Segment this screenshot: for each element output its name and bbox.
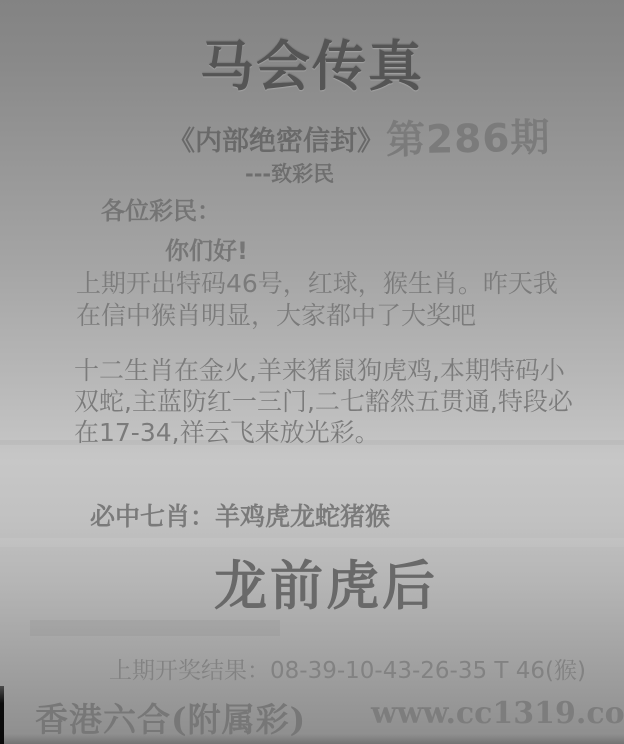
seven-zodiac-line: 必中七肖：羊鸡虎龙蛇猪猴	[90, 497, 390, 533]
page-title: 马会传真	[0, 36, 624, 96]
website-url: www.cc1319.com	[371, 696, 624, 731]
dedication-line: ---致彩民	[245, 158, 334, 188]
greeting: 你们好!	[165, 231, 248, 266]
paragraph-previous-draw: 上期开出特码46号，红球，猴生肖。昨天我 在信中猴肖明显，大家都中了大奖吧	[76, 268, 558, 332]
paragraph-current-tip: 十二生肖在金火,羊来猪鼠狗虎鸡,本期特码小 双蛇,主蓝防红一三门,二七豁然五贯通…	[74, 355, 573, 448]
faint-light-band	[0, 538, 624, 547]
envelope-subtitle: 《内部绝密信封》	[168, 119, 384, 158]
salutation: 各位彩民：	[101, 191, 221, 226]
bottom-shadow-edge	[0, 734, 624, 744]
last-draw-result: 上期开奖结果：08-39-10-43-26-35 T 46(猴)	[109, 652, 586, 685]
faint-smudge-patch	[30, 620, 280, 636]
prediction-headline: 龙前虎后	[0, 556, 624, 616]
lottery-fax-poster: 马会传真 《内部绝密信封》 第286期 ---致彩民 各位彩民： 你们好! 上期…	[0, 0, 624, 744]
issue-number: 第286期	[386, 107, 551, 166]
